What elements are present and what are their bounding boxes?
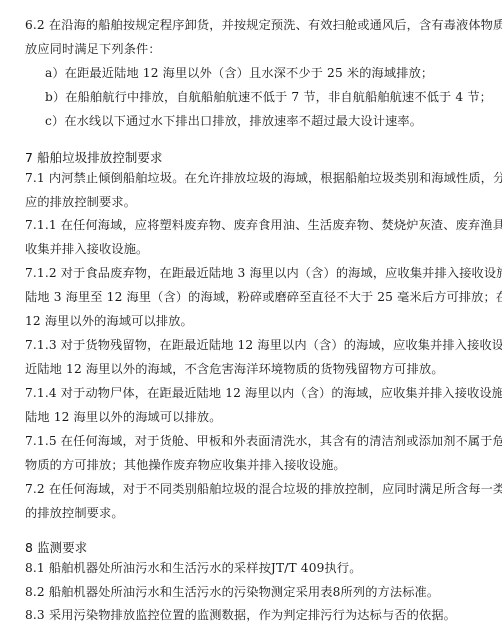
- clause-7-1-1-line-1: 7.1.1 在任何海域，应将塑料废弃物、废弃食用油、生活废弃物、焚烧炉灰渣、废弃…: [25, 217, 502, 233]
- clause-7-1-2-line-3: 12 海里以外的海域可以排放。: [25, 313, 193, 329]
- clause-7-1-line-2: 应的排放控制要求。: [25, 194, 136, 210]
- clause-7-1-4-line-1: 7.1.4 对于动物尸体，在距最近陆地 12 海里以内（含）的海域，应收集并排入…: [25, 385, 502, 401]
- clause-7-1-5-line-2: 物质的方可排放；其他操作废弃物应收集并排入接收设施。: [25, 457, 346, 473]
- clause-6-2-line-2: 放应同时满足下列条件：: [25, 41, 161, 57]
- clause-8-3: 8.3 采用污染物排放监控位置的监测数据，作为判定排污行为达标与否的依据。: [25, 607, 456, 623]
- condition-c: c）在水线以下通过水下排出口排放，排放速率不超过最大设计速率。: [45, 113, 422, 129]
- clause-7-1-3-line-2: 近陆地 12 海里以外的海域，不含危害海洋环境物质的货物残留物方可排放。: [25, 361, 444, 377]
- condition-a: a）在距最近陆地 12 海里以外（含）且水深不少于 25 米的海域排放；: [45, 65, 433, 81]
- clause-7-1-3-line-1: 7.1.3 对于货物残留物，在距最近陆地 12 海里以内（含）的海域，应收集并排…: [25, 337, 502, 353]
- clause-7-1-1-line-2: 收集并排入接收设施。: [25, 241, 148, 257]
- clause-6-2-line-1: 6.2 在沿海的船舶按规定程序卸货，并按规定预洗、有效扫舱或通风后，含有毒液体物…: [25, 17, 502, 33]
- condition-b: b）在船舶航行中排放，自航船舶航速不低于 7 节，非自航船舶航速不低于 4 节；: [45, 89, 492, 105]
- clause-7-1-2-line-1: 7.1.2 对于食品废弃物，在距最近陆地 3 海里以内（含）的海域，应收集并排入…: [25, 265, 502, 281]
- document-page: 6.2 在沿海的船舶按规定程序卸货，并按规定预洗、有效扫舱或通风后，含有毒液体物…: [0, 0, 502, 638]
- clause-8-2: 8.2 船舶机器处所油污水和生活污水的污染物测定采用表8所列的方法标准。: [25, 584, 439, 600]
- clause-7-1-4-line-2: 陆地 12 海里以外的海域可以排放。: [25, 409, 222, 425]
- clause-7-1-2-line-2: 陆地 3 海里至 12 海里（含）的海域，粉碎或磨碎至直径不大于 25 毫米后方…: [25, 289, 502, 305]
- clause-7-2-line-1: 7.2 在任何海域，对于不同类别船舶垃圾的混合垃圾的排放控制，应同时满足所含每一…: [25, 481, 502, 497]
- clause-7-2-line-2: 的排放控制要求。: [25, 505, 124, 521]
- clause-8-1: 8.1 船舶机器处所油污水和生活污水的采样按JT/T 409执行。: [25, 560, 362, 576]
- clause-7-1-line-1: 7.1 内河禁止倾倒船舶垃圾。在允许排放垃圾的海域，根据船舶垃圾类别和海域性质，…: [25, 170, 502, 186]
- section-7-heading: 7 船舶垃圾排放控制要求: [25, 150, 163, 166]
- section-8-heading: 8 监测要求: [25, 540, 87, 556]
- clause-7-1-5-line-1: 7.1.5 在任何海域，对于货舱、甲板和外表面清洗水，其含有的清洁剂或添加剂不属…: [25, 433, 502, 449]
